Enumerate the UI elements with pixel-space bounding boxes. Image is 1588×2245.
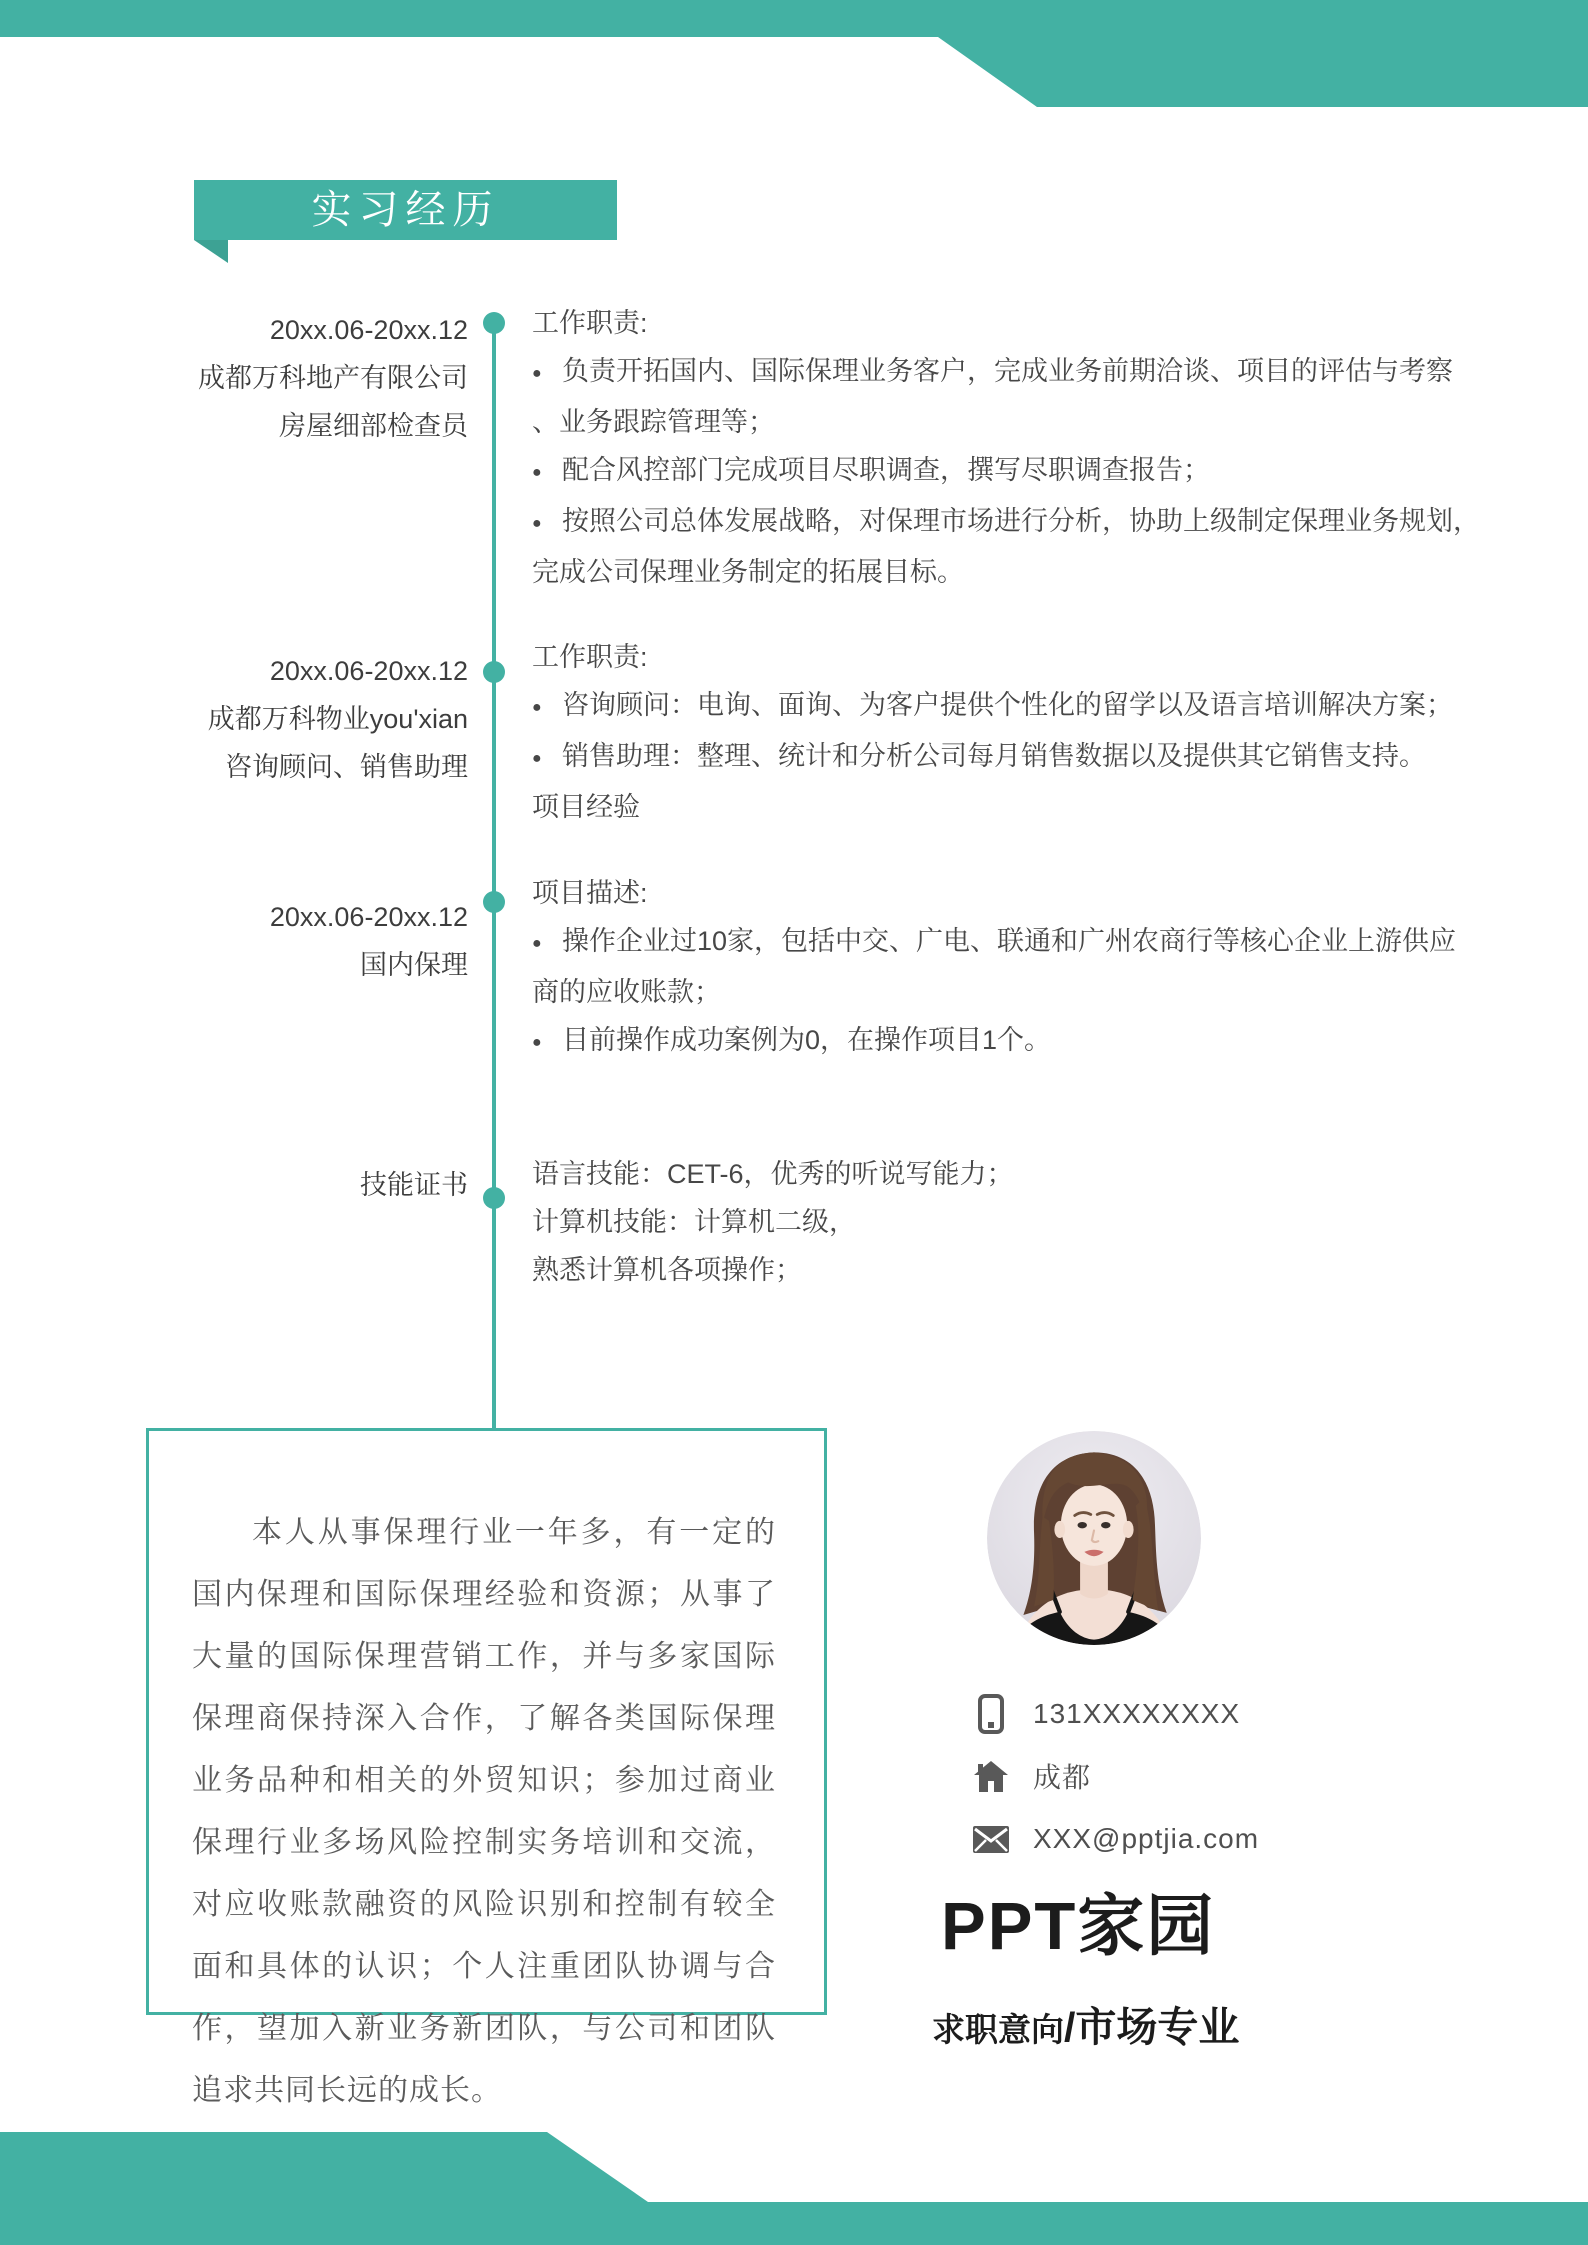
timeline-line	[492, 323, 496, 1430]
email-text: XXX@pptjia.com	[1033, 1823, 1259, 1855]
section-title: 实习经历	[312, 188, 500, 232]
skill-line: 熟悉计算机各项操作；	[532, 1246, 1492, 1294]
detail-line: 、业务跟踪管理等；	[532, 398, 1492, 446]
mail-icon	[973, 1826, 1009, 1853]
bullet-icon: ●	[532, 500, 562, 548]
skill-line: 语言技能：CET-6，优秀的听说写能力；	[532, 1150, 1492, 1198]
detail-bullet: ●配合风控部门完成项目尽职调查，撰写尽职调查报告；	[532, 446, 1492, 497]
profile-photo-illustration	[987, 1431, 1201, 1645]
bullet-icon: ●	[532, 350, 562, 398]
phone-number: 131XXXXXXXX	[1033, 1698, 1240, 1730]
experience-1-role: 房屋细部检查员	[0, 402, 468, 450]
brand-title: PPT家园	[941, 1890, 1215, 1964]
detail-line: 项目经验	[532, 783, 1492, 831]
timeline-dot-3	[483, 891, 505, 913]
experience-2-details: 工作职责: ●咨询顾问：电询、面询、为客户提供个性化的留学以及语言培训解决方案；…	[532, 633, 1492, 831]
job-intention-value: /市场专业	[1064, 1994, 1239, 2053]
detail-heading: 项目描述:	[532, 869, 1492, 917]
bullet-icon: ●	[532, 1019, 562, 1067]
detail-bullet: ●销售助理：整理、统计和分析公司每月销售数据以及提供其它销售支持。	[532, 732, 1492, 783]
experience-3-meta: 20xx.06-20xx.12 国内保理	[0, 893, 468, 989]
timeline-dot-1	[483, 312, 505, 334]
detail-heading: 工作职责:	[532, 299, 1492, 347]
profile-photo	[987, 1431, 1201, 1645]
contact-email-row: XXX@pptjia.com	[973, 1819, 1259, 1859]
detail-bullet: ●目前操作成功案例为0，在操作项目1个。	[532, 1016, 1492, 1067]
detail-line: 完成公司保理业务制定的拓展目标。	[532, 548, 1492, 596]
banner-fold-triangle	[194, 240, 228, 263]
phone-icon	[973, 1694, 1009, 1734]
timeline-dot-2	[483, 661, 505, 683]
detail-bullet: ●按照公司总体发展战略，对保理市场进行分析，协助上级制定保理业务规划，	[532, 497, 1492, 548]
section-title-banner: 实习经历	[194, 180, 617, 240]
experience-1-details: 工作职责: ●负责开拓国内、国际保理业务客户，完成业务前期洽谈、项目的评估与考察…	[532, 299, 1492, 596]
bullet-icon: ●	[532, 684, 562, 732]
skills-meta: 技能证书	[0, 1161, 468, 1209]
timeline-dot-4	[483, 1187, 505, 1209]
top-banner-decoration	[0, 0, 1588, 107]
bullet-icon: ●	[532, 735, 562, 783]
detail-line: 商的应收账款；	[532, 968, 1492, 1016]
detail-heading: 工作职责:	[532, 633, 1492, 681]
skills-label: 技能证书	[0, 1161, 468, 1209]
experience-1-company: 成都万科地产有限公司	[0, 354, 468, 402]
experience-3-details: 项目描述: ●操作企业过10家，包括中交、广电、联通和广州农商行等核心企业上游供…	[532, 869, 1492, 1067]
detail-bullet: ●操作企业过10家，包括中交、广电、联通和广州农商行等核心企业上游供应	[532, 917, 1492, 968]
city-text: 成都	[1033, 1756, 1091, 1796]
contact-phone-row: 131XXXXXXXX	[973, 1694, 1240, 1734]
experience-3-role: 国内保理	[0, 941, 468, 989]
skills-details: 语言技能：CET-6，优秀的听说写能力； 计算机技能：计算机二级， 熟悉计算机各…	[532, 1150, 1492, 1294]
job-intention: 求职意向/市场专业	[932, 1994, 1239, 2053]
experience-2-role: 咨询顾问、销售助理	[0, 743, 468, 791]
bullet-icon: ●	[532, 920, 562, 968]
bottom-banner-decoration	[0, 2132, 1588, 2245]
self-evaluation-text: 本人从事保理行业一年多，有一定的国内保理和国际保理经验和资源；从事了大量的国际保…	[192, 1502, 776, 2122]
contact-city-row: 成都	[973, 1756, 1091, 1796]
self-evaluation-box: 本人从事保理行业一年多，有一定的国内保理和国际保理经验和资源；从事了大量的国际保…	[146, 1428, 827, 2015]
experience-3-date: 20xx.06-20xx.12	[0, 893, 468, 941]
resume-page: 实习经历 20xx.06-20xx.12 成都万科地产有限公司 房屋细部检查员 …	[0, 0, 1588, 2245]
detail-bullet: ●负责开拓国内、国际保理业务客户，完成业务前期洽谈、项目的评估与考察	[532, 347, 1492, 398]
job-intention-label: 求职意向	[932, 2004, 1064, 2051]
detail-bullet: ●咨询顾问：电询、面询、为客户提供个性化的留学以及语言培训解决方案；	[532, 681, 1492, 732]
experience-1-date: 20xx.06-20xx.12	[0, 306, 468, 354]
experience-2-date: 20xx.06-20xx.12	[0, 647, 468, 695]
skill-line: 计算机技能：计算机二级，	[532, 1198, 1492, 1246]
experience-1-meta: 20xx.06-20xx.12 成都万科地产有限公司 房屋细部检查员	[0, 306, 468, 450]
home-icon	[973, 1761, 1009, 1792]
experience-2-meta: 20xx.06-20xx.12 成都万科物业you'xian 咨询顾问、销售助理	[0, 647, 468, 791]
experience-2-company: 成都万科物业you'xian	[0, 695, 468, 743]
bullet-icon: ●	[532, 449, 562, 497]
